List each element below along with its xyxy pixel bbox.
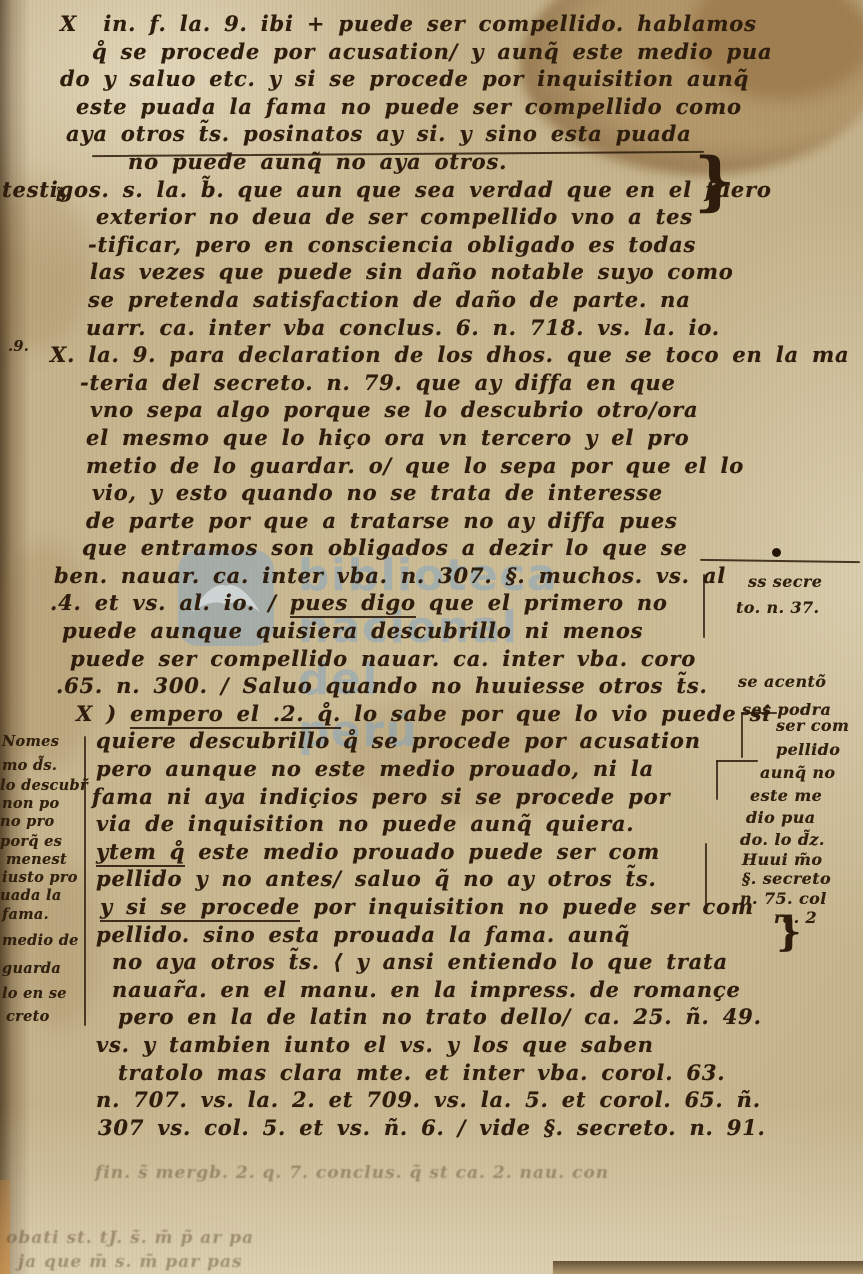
ink-vline	[703, 574, 705, 638]
ink-dot	[772, 548, 781, 557]
manuscript-line: vio, y esto quando no se trata de intere…	[92, 479, 863, 507]
ink-vline	[741, 712, 743, 758]
manuscript-line: uarr. ca. inter vba conclus. 6. n. 718. …	[86, 314, 863, 342]
left-margin-note: porq̃ es	[0, 833, 62, 850]
page-corner-edge	[0, 1180, 10, 1274]
ink-vline	[705, 843, 707, 905]
manuscript-line: vno sepa algo porque se lo descubrio otr…	[90, 396, 863, 424]
left-margin-note: iusto pro	[2, 869, 78, 886]
bleedthrough-text: obati st. tJ. s̃. m̃ p̃ ar pa	[6, 1228, 254, 1248]
left-margin-note: fama.	[2, 906, 49, 923]
manuscript-line: no aya otros t̃s. ⟨ y ansi entiendo lo q…	[112, 948, 863, 976]
left-margin-note: non po	[2, 795, 59, 812]
manuscript-line: aya otros t̃s. posinatos ay si. y sino e…	[66, 120, 863, 148]
right-margin-note: n. 75. col	[740, 889, 827, 908]
right-margin-note: aunq̃ no	[760, 763, 836, 782]
bleedthrough-text: fin. s̃ mergb. 2. q. 7. conclus. q̃ st c…	[95, 1163, 609, 1183]
manuscript-line: vs. y tambien iunto el vs. y los que sab…	[96, 1031, 863, 1059]
left-margin-note: Nomes	[2, 733, 59, 750]
right-margin-note: este me	[750, 786, 822, 805]
manuscript-line: q̊ se procede por acusation/ y aunq̃ est…	[92, 38, 863, 66]
manuscript-line: X in. f. la. 9. ibi + puede ser compelli…	[60, 10, 863, 38]
manuscript-line: pero en la de latin no trato dello/ ca. …	[118, 1003, 863, 1031]
left-margin-note: creto	[6, 1008, 50, 1025]
ink-vline	[716, 760, 718, 800]
manuscript-line: X. la. 9. para declaration de los dhos. …	[50, 341, 863, 369]
left-margin-note: .9.	[8, 338, 29, 355]
manuscript-page: biblioteca nacional del perú X in. f. la…	[0, 0, 863, 1274]
manuscript-line: -tificar, pero en consciencia obligado e…	[88, 231, 863, 259]
right-margin-note: dio pua	[746, 808, 816, 827]
left-margin-note: uada la	[0, 887, 62, 904]
manuscript-line: pellido. sino esta prouada la fama. aunq…	[96, 921, 863, 949]
manuscript-line: este puada la fama no puede ser compelli…	[76, 93, 863, 121]
left-margin-note: menest	[6, 851, 67, 868]
manuscript-line: fama ni aya indiçios pero si se procede …	[92, 783, 863, 811]
right-margin-note: to. n. 37.	[736, 598, 820, 617]
left-margin-note: lo en se	[2, 985, 67, 1002]
right-margin-note: ss secre	[748, 572, 822, 591]
manuscript-line: que entramos son obligados a dezir lo qu…	[82, 534, 863, 562]
right-margin-note: §. secreto	[742, 869, 831, 888]
manuscript-line: exterior no deua de ser compellido vno a…	[96, 203, 863, 231]
brace-mark: }	[776, 912, 802, 952]
left-margin-note: medio de	[2, 932, 79, 949]
manuscript-line: puede ser compellido nauar. ca. inter vb…	[70, 645, 863, 673]
left-margin-note: lo descubr̃	[0, 777, 88, 794]
right-margin-note: Huui m̃o	[742, 850, 822, 869]
manuscript-line: de parte por que a tratarse no ay diffa …	[86, 507, 863, 535]
next-page-edge-strip	[553, 1261, 863, 1274]
left-margin-note: guarda	[2, 960, 61, 977]
manuscript-line: 307 vs. col. 5. et vs. ñ. 6. / vide §. s…	[98, 1114, 863, 1142]
manuscript-line: las vezes que puede sin daño notable suy…	[90, 258, 863, 286]
manuscript-line: n. 707. vs. la. 2. et 709. vs. la. 5. et…	[96, 1086, 863, 1114]
manuscript-line: nauar̃a. en el manu. en la impress. de r…	[112, 976, 863, 1004]
right-margin-note: pellido	[776, 740, 840, 759]
manuscript-line: puede aunque quisiera descubrillo ni men…	[62, 617, 863, 645]
right-margin-note: ser com	[776, 716, 849, 735]
manuscript-line: el mesmo que lo hiço ora vn tercero y el…	[86, 424, 863, 452]
left-margin-note: b̃	[56, 188, 66, 205]
manuscript-line: quiere descubrillo q̊ se procede por acu…	[96, 727, 863, 755]
manuscript-line: ben. nauar. ca. inter vba. n. 307. §. mu…	[54, 562, 863, 590]
manuscript-line: do y saluo etc. y si se procede por inqu…	[60, 65, 863, 93]
right-margin-note: do. lo d̃z.	[740, 830, 825, 849]
manuscript-line: metio de lo guardar. o/ que lo sepa por …	[86, 452, 863, 480]
left-margin-note: no pro	[0, 813, 55, 830]
manuscript-line: se pretenda satisfaction de daño de part…	[88, 286, 863, 314]
manuscript-line: tratolo mas clara mte. et inter vba. cor…	[118, 1059, 863, 1087]
bleedthrough-text: ja que m̃ s. m̃ par pas	[18, 1252, 243, 1272]
left-margin-note: mo d̃s.	[2, 757, 57, 774]
ink-vline	[84, 736, 86, 1026]
manuscript-line: -teria del secreto. n. 79. que ay diffa …	[80, 369, 863, 397]
brace-mark: }	[694, 150, 735, 214]
right-margin-note: se acentõ	[738, 672, 826, 691]
